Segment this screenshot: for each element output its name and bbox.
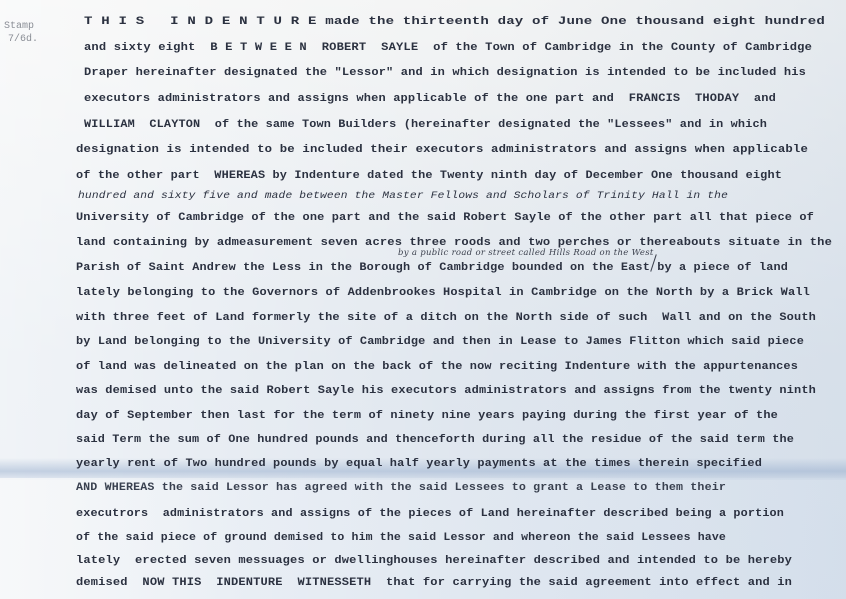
document-line: said Term the sum of One hundred pounds …	[76, 434, 794, 446]
document-line: WILLIAM CLAYTON of the same Town Builder…	[84, 119, 767, 131]
document-line: lately belonging to the Governors of Add…	[76, 287, 810, 299]
document-line: day of September then last for the term …	[76, 410, 778, 422]
document-line: and sixty eight B E T W E E N ROBERT SAY…	[84, 42, 812, 54]
stamp-note: Stamp 7/6d.	[4, 20, 38, 46]
document-line: by Land belonging to the University of C…	[76, 336, 804, 348]
document-line: Draper hereinafter designated the "Lesso…	[84, 67, 806, 79]
stamp-label: Stamp	[4, 20, 38, 33]
handwritten-annotation: by a public road or street called Hills …	[398, 248, 654, 258]
document-line: executors administrators and assigns whe…	[84, 93, 776, 105]
document-line: lately erected seven messuages or dwelli…	[76, 555, 792, 567]
document-line: of the said piece of ground demised to h…	[76, 532, 726, 544]
document-line: yearly rent of Two hundred pounds by equ…	[76, 458, 762, 470]
document-line: hundred and sixty five and made between …	[78, 190, 728, 202]
document-line: Parish of Saint Andrew the Less in the B…	[76, 262, 788, 274]
document-line: of land was delineated on the plan on th…	[76, 361, 798, 373]
document-line: AND WHEREAS the said Lessor has agreed w…	[76, 482, 726, 494]
document-line: designation is intended to be included t…	[76, 144, 808, 156]
document-line: of the other part WHEREAS by Indenture d…	[76, 170, 782, 182]
stamp-value: 7/6d.	[4, 33, 38, 46]
document-line: University of Cambridge of the one part …	[76, 212, 814, 224]
document-line: T H I S I N D E N T U R E made the thirt…	[84, 16, 825, 28]
document-line: with three feet of Land formerly the sit…	[76, 312, 816, 324]
document-line: demised NOW THIS INDENTURE WITNESSETH th…	[76, 577, 792, 589]
document-line: executrors administrators and assigns of…	[76, 508, 784, 520]
document-line: was demised unto the said Robert Sayle h…	[76, 385, 816, 397]
